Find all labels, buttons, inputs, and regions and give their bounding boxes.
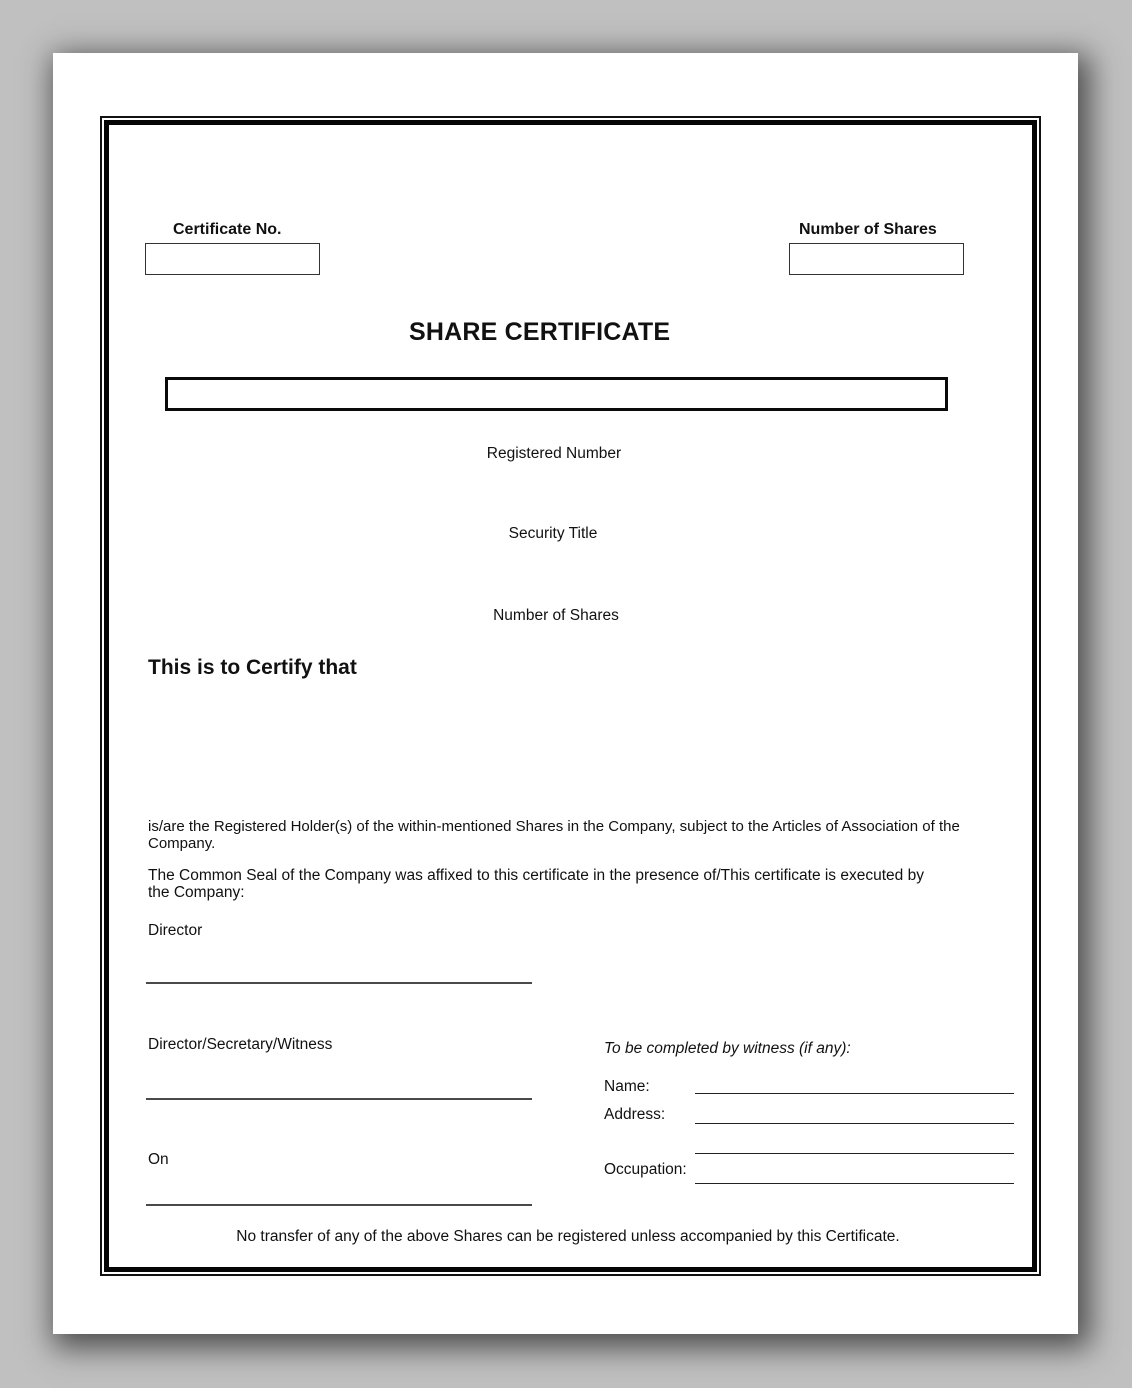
page-title: SHARE CERTIFICATE: [409, 318, 670, 347]
number-of-shares-center-label: Number of Shares: [406, 607, 706, 625]
witness-occupation-label: Occupation:: [604, 1161, 687, 1179]
footer-note: No transfer of any of the above Shares c…: [137, 1228, 999, 1246]
witness-address-line-1[interactable]: [695, 1123, 1014, 1124]
company-name-field[interactable]: [165, 377, 948, 411]
on-date-label: On: [148, 1151, 169, 1169]
director-secretary-witness-signature-line[interactable]: [146, 1098, 532, 1100]
holder-paragraph: is/are the Registered Holder(s) of the w…: [148, 818, 1010, 852]
security-title-label: Security Title: [403, 525, 703, 543]
certify-heading: This is to Certify that: [148, 656, 357, 680]
on-date-line[interactable]: [146, 1204, 532, 1206]
number-of-shares-field[interactable]: [789, 243, 964, 275]
seal-paragraph: The Common Seal of the Company was affix…: [148, 867, 948, 901]
witness-occupation-line[interactable]: [695, 1183, 1014, 1184]
witness-name-label: Name:: [604, 1078, 650, 1096]
number-of-shares-label: Number of Shares: [799, 221, 937, 239]
director-secretary-witness-label: Director/Secretary/Witness: [148, 1036, 332, 1054]
certificate-no-label: Certificate No.: [173, 221, 281, 239]
witness-name-line[interactable]: [695, 1093, 1014, 1094]
witness-address-line-2[interactable]: [695, 1153, 1014, 1154]
registered-number-label: Registered Number: [404, 445, 704, 463]
director-label: Director: [148, 922, 202, 940]
director-signature-line[interactable]: [146, 982, 532, 984]
witness-heading: To be completed by witness (if any):: [604, 1040, 851, 1058]
witness-address-label: Address:: [604, 1106, 665, 1124]
certificate-no-field[interactable]: [145, 243, 320, 275]
